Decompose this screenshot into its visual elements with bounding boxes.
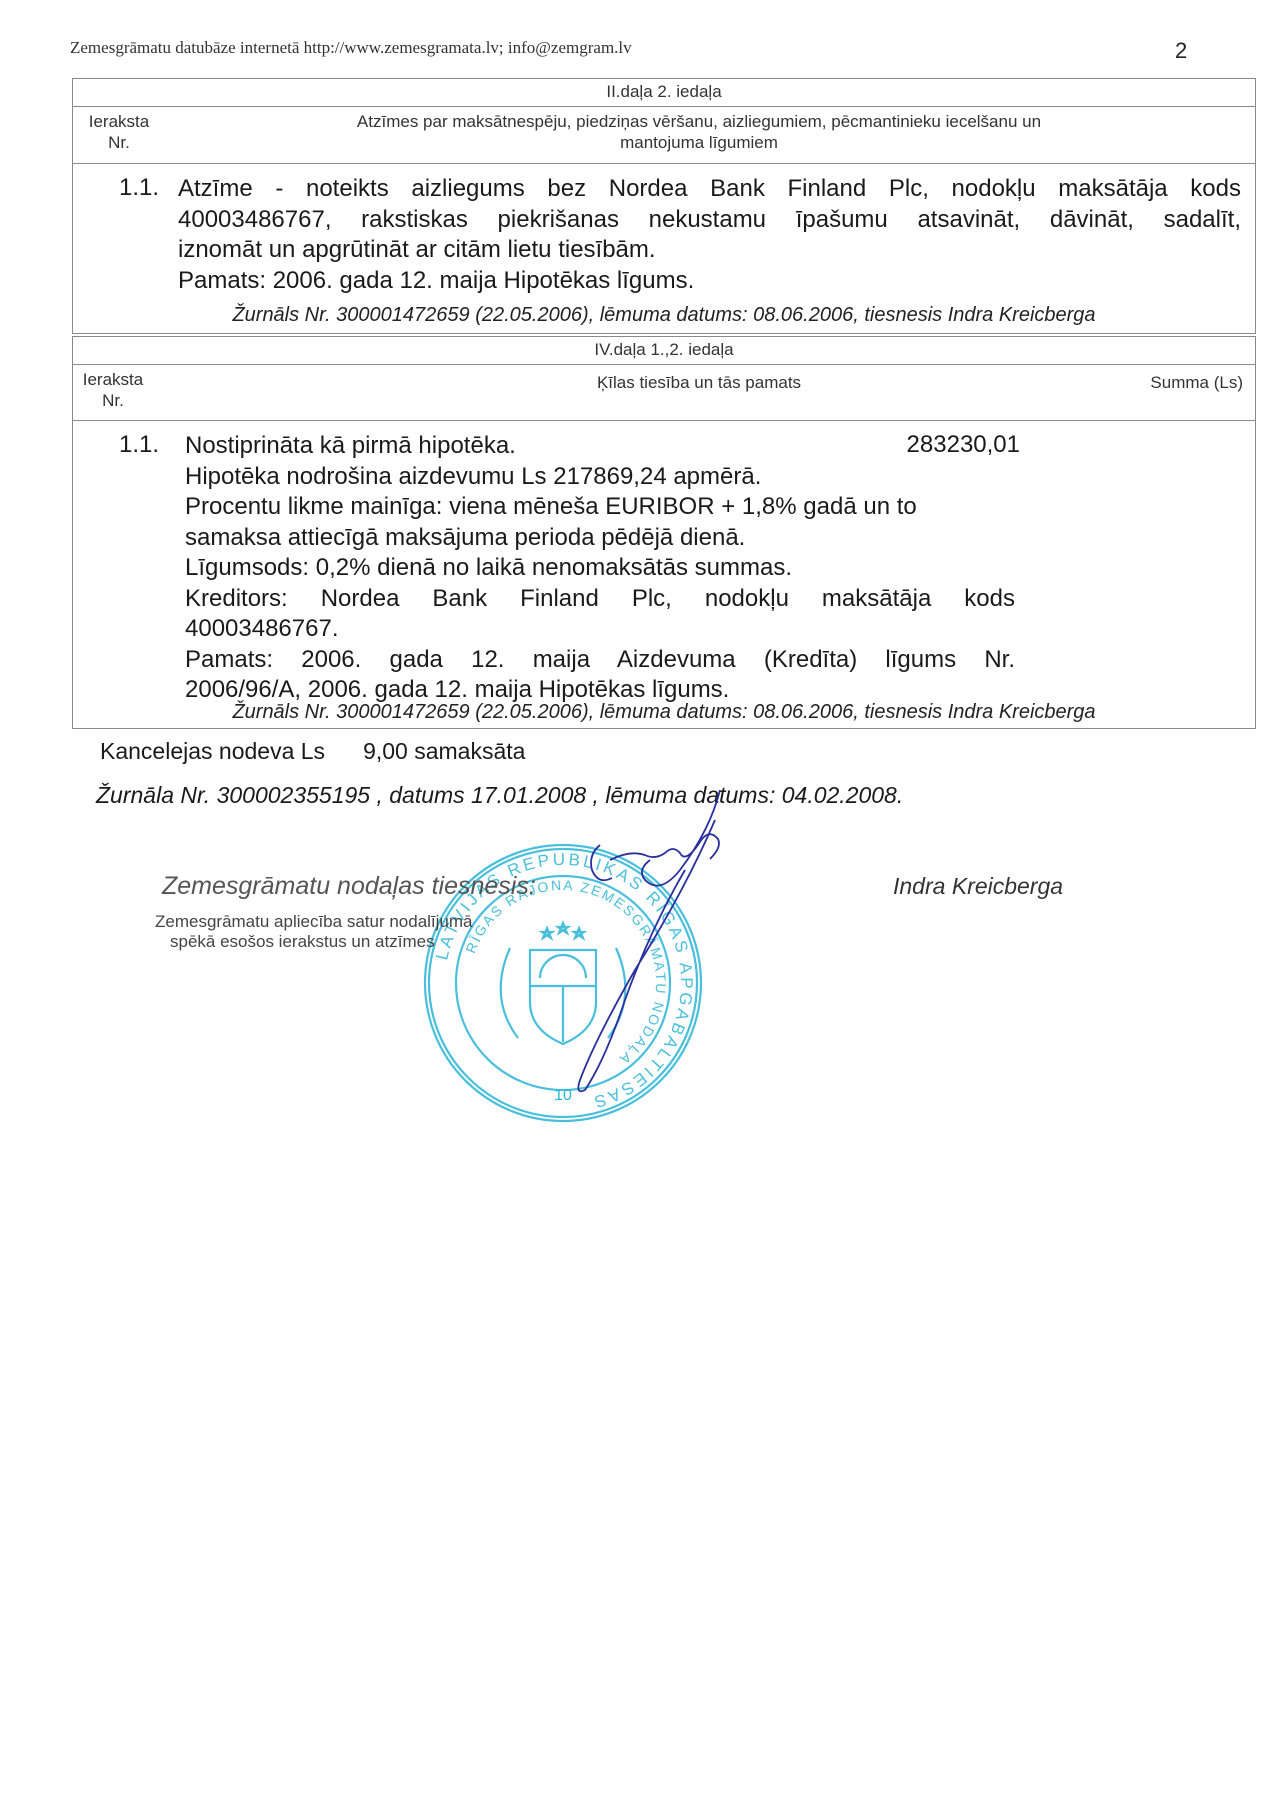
- entry-line: Līgumsods: 0,2% dienā no laikā nenomaksā…: [185, 553, 1015, 584]
- entry-number: 1.1.: [119, 174, 159, 202]
- column-header-sum: Summa (Ls): [1150, 372, 1243, 393]
- section-ii-header-row: Ieraksta Nr. Atzīmes par maksātnespēju, …: [73, 107, 1255, 164]
- section-iv-table: IV.daļa 1.,2. iedaļa Ieraksta Nr. Ķīlas …: [72, 336, 1256, 729]
- handwritten-signature-icon: [540, 790, 740, 1110]
- judge-title: Zemesgrāmatu nodaļas tiesnesis:: [162, 872, 536, 901]
- column-header-entry-nr: Ieraksta Nr.: [79, 111, 159, 153]
- fee-line: Kancelejas nodeva Ls9,00 samaksāta: [100, 738, 525, 765]
- entry-line: Pamats: 2006. gada 12. maija Aizdevuma (…: [185, 645, 1015, 676]
- column-header-description: Atzīmes par maksātnespēju, piedziņas vēr…: [223, 111, 1175, 153]
- entry-line: iznomāt un apgrūtināt ar citām lietu tie…: [178, 235, 1241, 266]
- entry-line: Atzīme - noteikts aizliegums bez Nordea …: [178, 174, 1241, 205]
- certificate-note: Zemesgrāmatu apliecība satur nodalījumā …: [155, 912, 473, 952]
- fee-label: Kancelejas nodeva Ls: [100, 738, 325, 764]
- entry-number: 1.1.: [119, 431, 159, 459]
- entry-journal: Žurnāls Nr. 300001472659 (22.05.2006), l…: [73, 701, 1255, 724]
- entry-line: Procentu likme mainīga: viena mēneša EUR…: [185, 492, 1015, 523]
- section-iv-header-row: Ieraksta Nr. Ķīlas tiesība un tās pamats…: [73, 365, 1255, 421]
- fee-amount: 9,00 samaksāta: [363, 738, 525, 764]
- section-iv-title: IV.daļa 1.,2. iedaļa: [73, 337, 1255, 365]
- section-ii-entry: 1.1. Atzīme - noteikts aizliegums bez No…: [73, 164, 1255, 335]
- entry-body: Atzīme - noteikts aizliegums bez Nordea …: [178, 174, 1241, 296]
- entry-line: Nostiprināta kā pirmā hipotēka.: [185, 431, 1015, 462]
- entry-line: Hipotēka nodrošina aizdevumu Ls 217869,2…: [185, 462, 1015, 493]
- page-header: Zemesgrāmatu datubāze internetā http://w…: [70, 38, 1220, 58]
- entry-line: Kreditors: Nordea Bank Finland Plc, nodo…: [185, 584, 1015, 615]
- section-ii-title: II.daļa 2. iedaļa: [73, 79, 1255, 107]
- section-ii-table: II.daļa 2. iedaļa Ieraksta Nr. Atzīmes p…: [72, 78, 1256, 334]
- entry-journal: Žurnāls Nr. 300001472659 (22.05.2006), l…: [73, 304, 1255, 327]
- entry-line: 40003486767, rakstiskas piekrišanas neku…: [178, 205, 1241, 236]
- entry-body: Nostiprināta kā pirmā hipotēka. Hipotēka…: [185, 431, 1015, 706]
- entry-line: Pamats: 2006. gada 12. maija Hipotēkas l…: [178, 266, 1241, 297]
- column-header-description: Ķīlas tiesība un tās pamats: [223, 372, 1175, 393]
- column-header-entry-nr: Ieraksta Nr.: [73, 369, 153, 411]
- entry-line: 40003486767.: [185, 614, 1015, 645]
- entry-line: samaksa attiecīgā maksājuma perioda pēdē…: [185, 523, 1015, 554]
- page-number: 2: [1175, 38, 1187, 64]
- judge-name: Indra Kreicberga: [893, 873, 1063, 900]
- section-iv-entry: 1.1. 283230,01 Nostiprināta kā pirmā hip…: [73, 421, 1255, 728]
- fee-journal: Žurnāla Nr. 300002355195 , datums 17.01.…: [96, 782, 903, 809]
